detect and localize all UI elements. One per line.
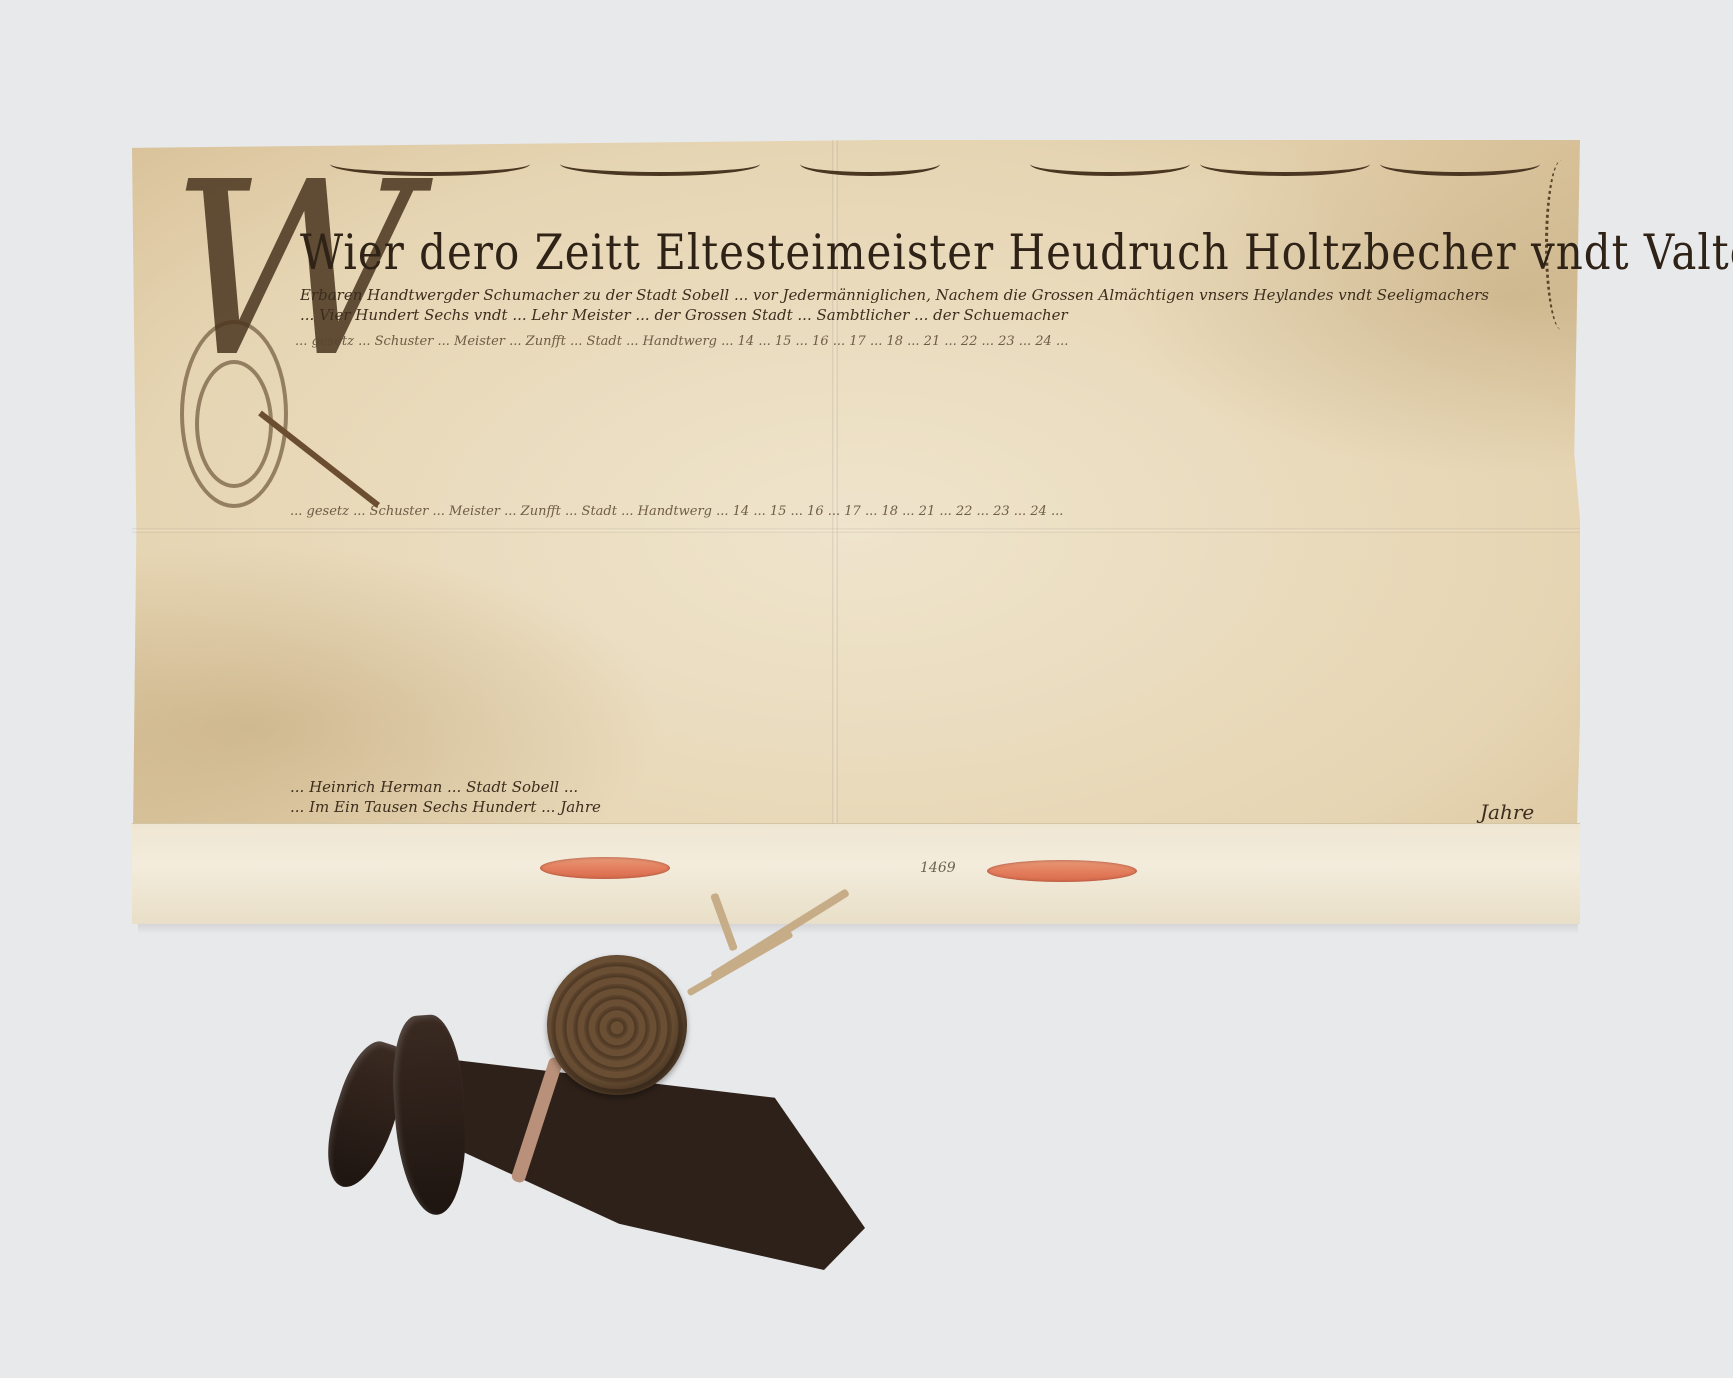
charter-body-upper: ... gesetz ... Schuster ... Meister ... … — [295, 330, 1545, 495]
initial-coil-ornament — [195, 360, 273, 488]
miniature-shoe-icon — [388, 1013, 472, 1217]
archive-number: 1469 — [920, 860, 956, 876]
wooden-seal-capsule — [547, 955, 687, 1095]
charter-subheading-line: ... Vier Hundert Sechs vndt ... Lehr Mei… — [300, 306, 1570, 324]
closing-word: Jahre — [1480, 800, 1534, 824]
charter-body-lower: ... gesetz ... Schuster ... Meister ... … — [290, 500, 1550, 775]
charter-heading: Wier dero Zeitt Eltesteimeister Heudruch… — [300, 224, 1530, 280]
top-flourish — [560, 152, 760, 176]
seal-cord — [686, 930, 793, 996]
top-flourish — [1200, 152, 1370, 176]
charter-subheading-line: Erbaren Handtwergder Schumacher zu der S… — [300, 286, 1570, 304]
top-flourish — [1030, 152, 1190, 176]
top-flourish — [800, 152, 940, 176]
top-flourish — [1380, 152, 1540, 176]
charter-closing-line: ... Im Ein Tausen Sechs Hundert ... Jahr… — [290, 798, 601, 816]
turned-up-plica — [132, 823, 1580, 924]
seal-slit-right — [987, 860, 1137, 882]
charter-closing-line: ... Heinrich Herman ... Stadt Sobell ... — [290, 778, 578, 796]
seal-slit-left — [540, 857, 670, 879]
